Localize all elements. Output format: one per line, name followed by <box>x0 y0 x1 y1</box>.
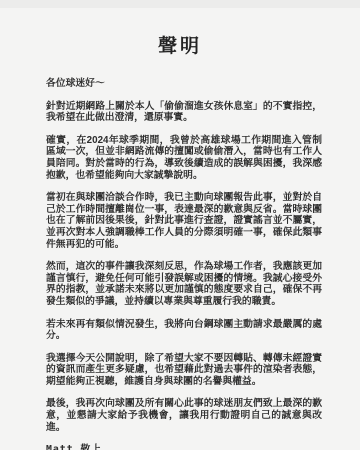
statement-page: 聲明 各位球迷好～ 針對近期網路上關於本人「偷偷溜進女孩休息室」的不實指控，我希… <box>0 0 360 450</box>
statement-body: 各位球迷好～ 針對近期網路上關於本人「偷偷溜進女孩休息室」的不實指控，我希望在此… <box>0 58 360 450</box>
paragraph-team-report: 當初在與球團洽談合作時，我已主動向球團報告此事，並對於自己於工作時間擅離崗位一事… <box>46 192 322 250</box>
signature-line: Matt 敬上 <box>46 444 322 450</box>
paragraph-incident-explanation: 確實，在2024年球季期間，我曾於高雄球場工作期間進入管制區域一次，但並非網路流… <box>46 135 322 181</box>
statement-title: 聲明 <box>0 0 360 58</box>
paragraph-accusation-clarification: 針對近期網路上關於本人「偷偷溜進女孩休息室」的不實指控，我希望在此做出澄清，還原… <box>46 101 322 124</box>
paragraph-final-apology: 最後，我再次向球團及所有關心此事的球迷朋友們致上最深的歉意，並懇請大家給予我機會… <box>46 398 322 433</box>
greeting-line: 各位球迷好～ <box>46 78 322 90</box>
paragraph-public-statement-reason: 我選擇今天公開說明，除了希望大家不要因轉貼、轉傳未經證實的資訊而產生更多疑慮，也… <box>46 353 322 388</box>
paragraph-self-reflection: 然而，這次的事件讓我深刻反思，作為球場工作者，我應該更加謹言慎行，避免任何可能引… <box>46 261 322 307</box>
paragraph-future-punishment: 若未來再有類似情況發生，我將向台鋼球團主動請求最嚴厲的處分。 <box>46 319 322 342</box>
page-top-edge-shade <box>0 0 360 8</box>
